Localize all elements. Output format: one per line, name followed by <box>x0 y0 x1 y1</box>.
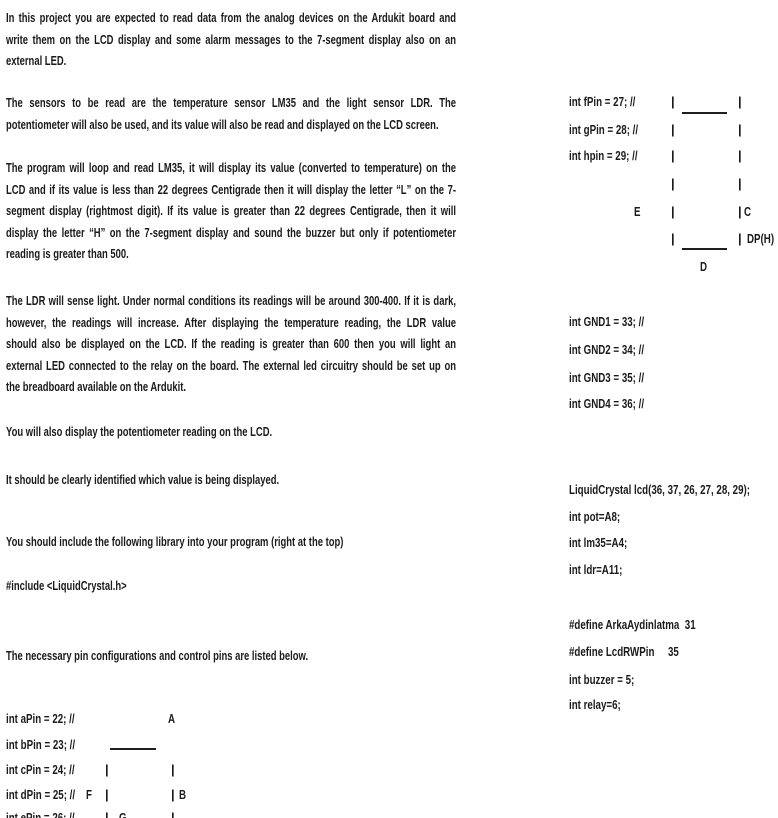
segment-pipe: | <box>671 121 675 138</box>
code-include-line: #include <LiquidCrystal.h> <box>6 575 456 597</box>
segment-pipe: | <box>171 809 175 818</box>
code-line-hpin: int hpin = 29; // <box>569 147 638 164</box>
paragraph-line: should also be displayed on the LCD. If … <box>6 333 456 355</box>
segment-pipe: | <box>738 230 742 247</box>
code-line-ldr: int ldr=A11; <box>569 561 622 578</box>
paragraph-line: The sensors to be read are the temperatu… <box>6 92 456 114</box>
code-line-define-backlight: #define ArkaAydinlatma 31 <box>569 616 696 633</box>
code-line-relay: int relay=6; <box>569 696 621 713</box>
segment-pipe: | <box>671 230 675 247</box>
paragraph-line: In this project you are expected to read… <box>6 7 456 29</box>
paragraph-line: segment display (rightmost digit). If it… <box>6 200 456 222</box>
paragraph-library-note: You should include the following library… <box>6 531 456 553</box>
code-line-gnd3: int GND3 = 35; // <box>569 369 644 386</box>
paragraph-line: The necessary pin configurations and con… <box>6 645 456 667</box>
code-line-apin: int aPin = 22; // <box>6 710 75 727</box>
segment-pipe: | <box>671 147 675 164</box>
code-line-cpin: int cPin = 24; // <box>6 761 75 778</box>
segment-pipe: | <box>671 93 675 110</box>
segment-pipe: | <box>105 786 109 803</box>
paragraph-line: The program will loop and read LM35, it … <box>6 157 456 179</box>
paragraph-line: the breadboard available on the Ardukit. <box>6 376 456 398</box>
segment-g-bar <box>682 112 727 114</box>
segment-pipe: | <box>671 203 675 220</box>
paragraph-program-loop: The program will loop and read LM35, it … <box>6 157 456 265</box>
code-line-epin: int ePin = 26; // <box>6 809 75 818</box>
segment-pipe: | <box>738 93 742 110</box>
segment-label-g: G <box>119 809 127 818</box>
segment-pipe: | <box>105 809 109 818</box>
code-line-define-lcdrw: #define LcdRWPin 35 <box>569 643 679 660</box>
segment-a-bar <box>110 748 156 750</box>
segment-pipe: | <box>738 121 742 138</box>
segment-pipe: | <box>671 175 675 192</box>
code-line-pot: int pot=A8; <box>569 508 620 525</box>
code-line-gnd1: int GND1 = 33; // <box>569 313 644 330</box>
code-line-gpin: int gPin = 28; // <box>569 121 638 138</box>
code-line-gnd4: int GND4 = 36; // <box>569 395 644 412</box>
segment-pipe: | <box>738 203 742 220</box>
segment-pipe: | <box>171 786 175 803</box>
paragraph-line: #include <LiquidCrystal.h> <box>6 575 456 597</box>
segment-label-e: E <box>634 203 641 220</box>
paragraph-line: The LDR will sense light. Under normal c… <box>6 290 456 312</box>
paragraph-line: write them on the LCD display and some a… <box>6 29 456 51</box>
paragraph-intro: In this project you are expected to read… <box>6 7 456 72</box>
code-line-bpin: int bPin = 23; // <box>6 736 75 753</box>
code-line-buzzer: int buzzer = 5; <box>569 671 634 688</box>
paragraph-line: You should include the following library… <box>6 531 456 553</box>
segment-label-f: F <box>86 786 92 803</box>
segment-d-bar <box>682 248 727 250</box>
document-page: In this project you are expected to read… <box>0 0 778 818</box>
paragraph-ldr: The LDR will sense light. Under normal c… <box>6 290 456 398</box>
segment-label-a: A <box>168 710 175 727</box>
paragraph-line: LCD and if its value is less than 22 deg… <box>6 179 456 201</box>
paragraph-line: external LED connected to the relay on t… <box>6 355 456 377</box>
paragraph-pot-display: You will also display the potentiometer … <box>6 421 456 443</box>
paragraph-line: potentiometer will also be used, and its… <box>6 114 456 136</box>
segment-pipe: | <box>171 761 175 778</box>
paragraph-identify: It should be clearly identified which va… <box>6 469 456 491</box>
segment-pipe: | <box>738 147 742 164</box>
code-line-lcd-init: LiquidCrystal lcd(36, 37, 26, 27, 28, 29… <box>569 481 750 498</box>
paragraph-sensors: The sensors to be read are the temperatu… <box>6 92 456 135</box>
code-line-dpin: int dPin = 25; // <box>6 786 75 803</box>
code-line-lm35: int lm35=A4; <box>569 534 627 551</box>
paragraph-line: display the letter “H” on the 7-segment … <box>6 222 456 244</box>
paragraph-line: You will also display the potentiometer … <box>6 421 456 443</box>
segment-label-d: D <box>700 258 707 275</box>
segment-label-c: C <box>744 203 751 220</box>
paragraph-line: however, the readings will increase. Aft… <box>6 312 456 334</box>
segment-pipe: | <box>738 175 742 192</box>
paragraph-pin-config-note: The necessary pin configurations and con… <box>6 645 456 667</box>
paragraph-line: It should be clearly identified which va… <box>6 469 456 491</box>
code-line-fpin: int fPin = 27; // <box>569 93 635 110</box>
segment-pipe: | <box>105 761 109 778</box>
code-line-gnd2: int GND2 = 34; // <box>569 341 644 358</box>
segment-label-b: B <box>179 786 186 803</box>
paragraph-line: external LED. <box>6 50 456 72</box>
segment-label-dp: DP(H) <box>747 230 774 247</box>
paragraph-line: reading is greater than 500. <box>6 243 456 265</box>
